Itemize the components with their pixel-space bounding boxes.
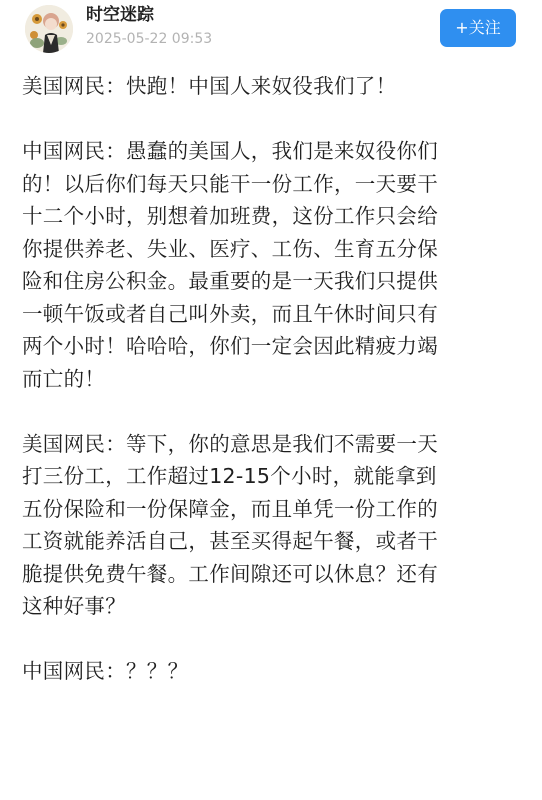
text-line: 的！以后你们每天只能干一份工作，一天要干 (22, 168, 522, 201)
text-line: 美国网民：快跑！中国人来奴役我们了！ (22, 70, 522, 103)
avatar[interactable] (25, 5, 73, 53)
text-line: 中国网民：？？？ (22, 655, 522, 688)
text-line: 打三份工，工作超过12-15个小时，就能拿到 (22, 460, 522, 493)
avatar-illustration-icon (25, 5, 73, 53)
text-line: 而亡的！ (22, 363, 522, 396)
text-line: 工资就能养活自己，甚至买得起午餐，或者干 (22, 525, 522, 558)
post-paragraph: 中国网民：？？？ (22, 655, 522, 688)
text-line: 你提供养老、失业、医疗、工伤、生育五分保 (22, 233, 522, 266)
text-line: 这种好事？ (22, 590, 522, 623)
post-header: 时空迷踪 2025-05-22 09:53 +关注 (0, 0, 542, 56)
post-paragraph: 中国网民：愚蠢的美国人，我们是来奴役你们 的！以后你们每天只能干一份工作，一天要… (22, 135, 522, 395)
text-line: 美国网民：等下，你的意思是我们不需要一天 (22, 428, 522, 461)
follow-button[interactable]: +关注 (440, 9, 516, 47)
post-body: 美国网民：快跑！中国人来奴役我们了！ 中国网民：愚蠢的美国人，我们是来奴役你们 … (22, 70, 522, 720)
text-line: 一顿午饭或者自己叫外卖，而且午休时间只有 (22, 298, 522, 331)
text-line: 两个小时！哈哈哈，你们一定会因此精疲力竭 (22, 330, 522, 363)
username[interactable]: 时空迷踪 (86, 4, 154, 26)
text-line: 中国网民：愚蠢的美国人，我们是来奴役你们 (22, 135, 522, 168)
text-line: 五份保险和一份保障金，而且单凭一份工作的 (22, 493, 522, 526)
text-line: 险和住房公积金。最重要的是一天我们只提供 (22, 265, 522, 298)
post-paragraph: 美国网民：快跑！中国人来奴役我们了！ (22, 70, 522, 103)
text-line: 脆提供免费午餐。工作间隙还可以休息？还有 (22, 558, 522, 591)
text-line: 十二个小时，别想着加班费，这份工作只会给 (22, 200, 522, 233)
post-timestamp: 2025-05-22 09:53 (86, 30, 212, 48)
post-paragraph: 美国网民：等下，你的意思是我们不需要一天 打三份工，工作超过12-15个小时，就… (22, 428, 522, 623)
